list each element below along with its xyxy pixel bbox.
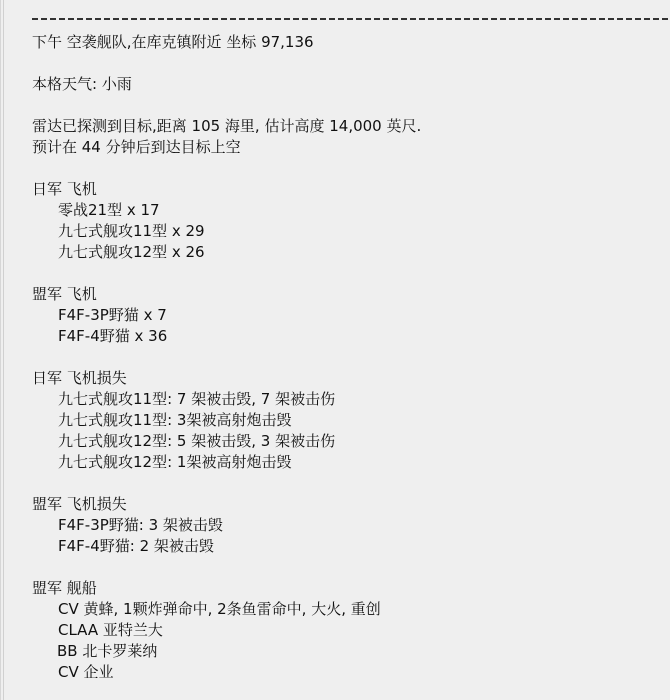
- section-heading: 盟军 飞机损失: [32, 494, 670, 515]
- dashed-divider: [32, 18, 670, 20]
- list-item: 九七式舰攻12型: 1架被高射炮击毁: [32, 452, 670, 473]
- list-item: F4F-3P野猫 x 7: [32, 305, 670, 326]
- section-heading: 日军 飞机损失: [32, 368, 670, 389]
- radar-line-1: 雷达已探测到目标,距离 105 海里, 估计高度 14,000 英尺.: [32, 116, 670, 137]
- panel-left-edge: [3, 0, 4, 700]
- allied-ships-section: 盟军 舰船 CV 黄蜂, 1颗炸弹命中, 2条鱼雷命中, 大火, 重创 CLAA…: [32, 578, 670, 683]
- weather-line: 本格天气: 小雨: [32, 74, 670, 95]
- report-content: 下午 空袭舰队,在库克镇附近 坐标 97,136 本格天气: 小雨 雷达已探测到…: [32, 32, 670, 683]
- list-item: 九七式舰攻12型: 5 架被击毁, 3 架被击伤: [32, 431, 670, 452]
- radar-line-2: 预计在 44 分钟后到达目标上空: [32, 137, 670, 158]
- list-item: F4F-3P野猫: 3 架被击毁: [32, 515, 670, 536]
- list-item: CV 企业: [32, 662, 670, 683]
- list-item: BB 北卡罗莱纳: [32, 641, 670, 662]
- location-line: 下午 空袭舰队,在库克镇附近 坐标 97,136: [32, 32, 670, 53]
- list-item: 九七式舰攻11型 x 29: [32, 221, 670, 242]
- japanese-aircraft-section: 日军 飞机 零战21型 x 17 九七式舰攻11型 x 29 九七式舰攻12型 …: [32, 179, 670, 263]
- list-item: 九七式舰攻11型: 3架被高射炮击毁: [32, 410, 670, 431]
- list-item: CLAA 亚特兰大: [32, 620, 670, 641]
- list-item: 九七式舰攻11型: 7 架被击毁, 7 架被击伤: [32, 389, 670, 410]
- list-item: CV 黄蜂, 1颗炸弹命中, 2条鱼雷命中, 大火, 重创: [32, 599, 670, 620]
- list-item: 九七式舰攻12型 x 26: [32, 242, 670, 263]
- section-heading: 盟军 飞机: [32, 284, 670, 305]
- allied-losses-section: 盟军 飞机损失 F4F-3P野猫: 3 架被击毁 F4F-4野猫: 2 架被击毁: [32, 494, 670, 557]
- list-item: F4F-4野猫 x 36: [32, 326, 670, 347]
- section-heading: 日军 飞机: [32, 179, 670, 200]
- allied-aircraft-section: 盟军 飞机 F4F-3P野猫 x 7 F4F-4野猫 x 36: [32, 284, 670, 347]
- japanese-losses-section: 日军 飞机损失 九七式舰攻11型: 7 架被击毁, 7 架被击伤 九七式舰攻11…: [32, 368, 670, 473]
- combat-report-panel: 下午 空袭舰队,在库克镇附近 坐标 97,136 本格天气: 小雨 雷达已探测到…: [0, 0, 670, 700]
- list-item: F4F-4野猫: 2 架被击毁: [32, 536, 670, 557]
- section-heading: 盟军 舰船: [32, 578, 670, 599]
- list-item: 零战21型 x 17: [32, 200, 670, 221]
